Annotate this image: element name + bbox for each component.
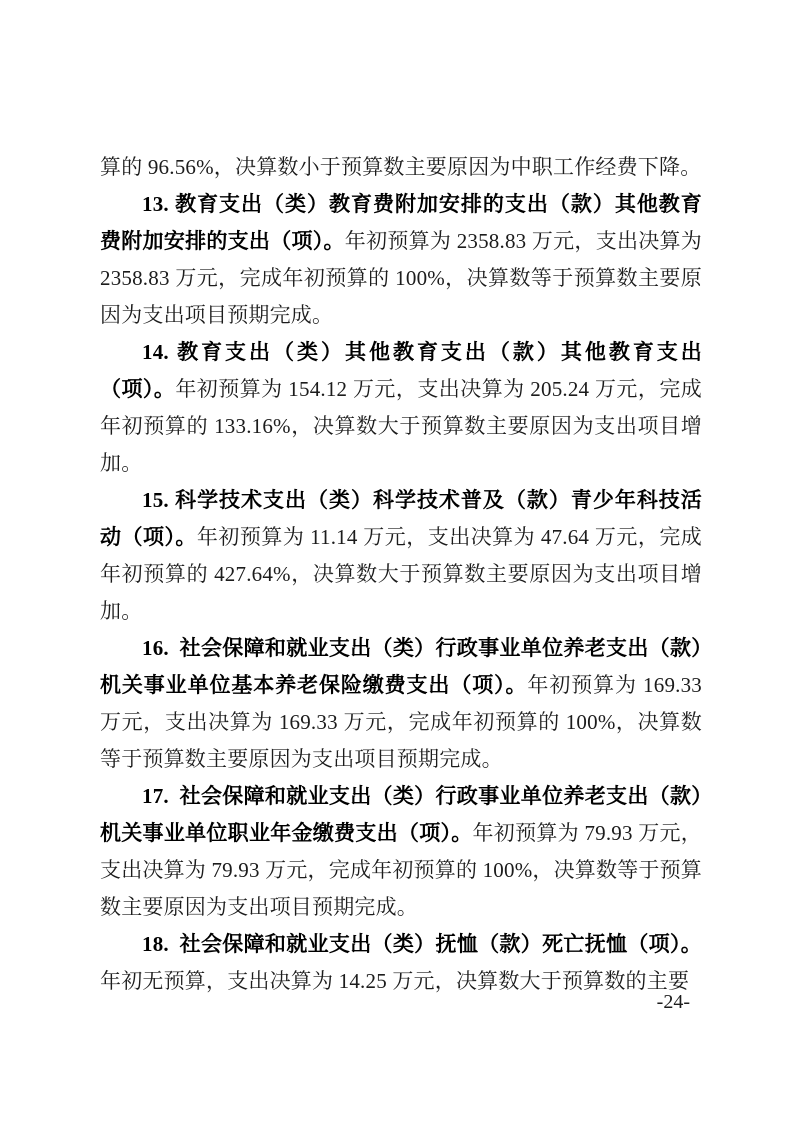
paragraph-item-13: 13. 教育支出（类）教育费附加安排的支出（款）其他教育费附加安排的支出（项）。… xyxy=(100,186,702,334)
document-page: 算的 96.56%，决算数小于预算数主要原因为中职工作经费下降。 13. 教育支… xyxy=(0,0,793,1122)
paragraph-item-14: 14. 教育支出（类）其他教育支出（款）其他教育支出（项）。年初预算为 154.… xyxy=(100,334,702,482)
paragraph-item-15: 15. 科学技术支出（类）科学技术普及（款）青少年科技活动（项）。年初预算为 1… xyxy=(100,482,702,630)
paragraph-text: 算的 96.56%，决算数小于预算数主要原因为中职工作经费下降。 xyxy=(100,155,701,179)
item-18-body: 年初无预算，支出决算为 14.25 万元，决算数大于预算数的主要 xyxy=(100,969,689,993)
document-body: 算的 96.56%，决算数小于预算数主要原因为中职工作经费下降。 13. 教育支… xyxy=(100,149,702,1000)
paragraph-continuation: 算的 96.56%，决算数小于预算数主要原因为中职工作经费下降。 xyxy=(100,149,702,186)
page-number: -24- xyxy=(657,991,690,1014)
paragraph-item-16: 16. 社会保障和就业支出（类）行政事业单位养老支出（款）机关事业单位基本养老保… xyxy=(100,630,702,778)
paragraph-item-18: 18. 社会保障和就业支出（类）抚恤（款）死亡抚恤（项）。年初无预算，支出决算为… xyxy=(100,926,702,1000)
item-14-body: 年初预算为 154.12 万元，支出决算为 205.24 万元，完成年初预算的 … xyxy=(100,377,702,475)
item-18-heading: 18. 社会保障和就业支出（类）抚恤（款）死亡抚恤（项）。 xyxy=(142,932,702,956)
paragraph-item-17: 17. 社会保障和就业支出（类）行政事业单位养老支出（款）机关事业单位职业年金缴… xyxy=(100,778,702,926)
